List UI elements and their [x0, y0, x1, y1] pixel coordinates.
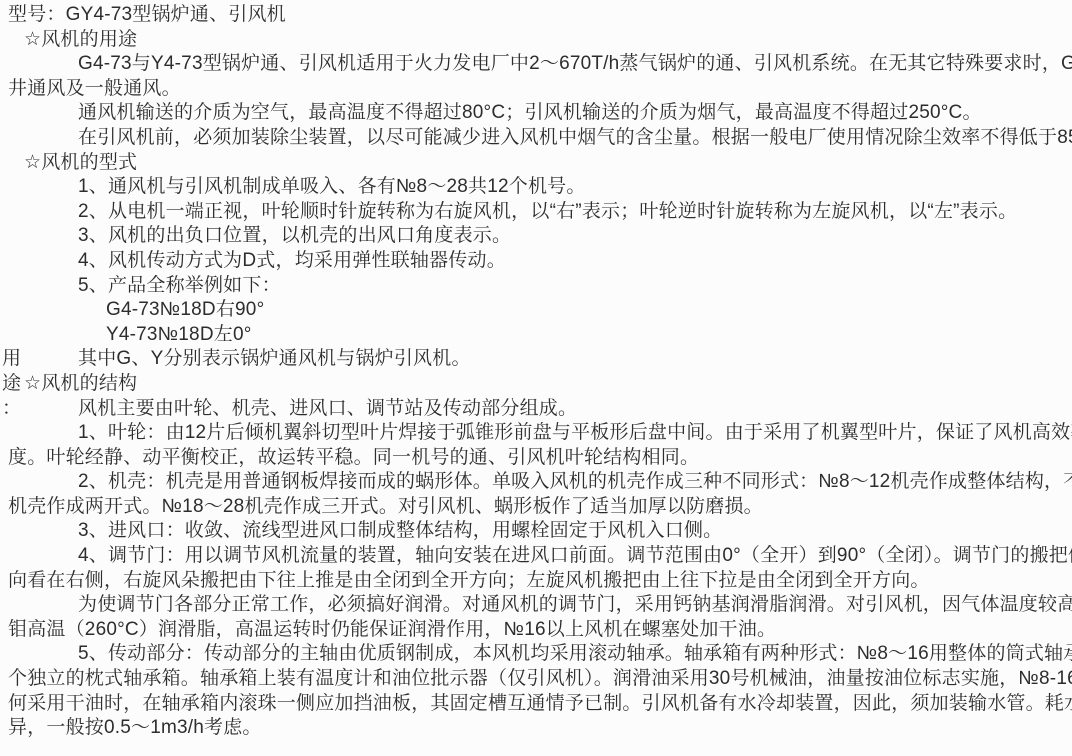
- product-example-line: G4-73№18D右90°: [0, 298, 1072, 323]
- list-item: 3、风机的出负口位置，以机壳的出风口角度表示。: [0, 224, 1072, 249]
- text-line: 钼高温（260°C）润滑脂，高温运转时仍能保证润滑作用，№16以上风机在螺塞处加…: [0, 618, 1072, 643]
- text-line: 向看在右侧，右旋风朵搬把由下往上推是由全闭到全开方向；左旋风机搬把由上往下拉是由…: [0, 569, 1072, 594]
- line-text: 其中G、Y分别表示锅炉通风机与锅炉引风机。: [78, 348, 471, 369]
- line-text: 风机主要由叶轮、机壳、进风口、调节站及传动部分组成。: [78, 398, 577, 419]
- list-item: 1、通风机与引风机制成单吸入、各有№8～28共12个机号。: [0, 175, 1072, 200]
- margin-char: 用: [2, 347, 21, 372]
- text-line: 异，一般按0.5～1m3/h考虑。: [0, 716, 1072, 741]
- text-line: 用 其中G、Y分别表示锅炉通风机与锅炉引风机。: [0, 347, 1072, 372]
- text-line: 井通风及一般通风。: [0, 77, 1072, 102]
- margin-char: 途: [2, 372, 21, 397]
- margin-char: ：: [2, 397, 21, 422]
- list-item: 1、叶轮：由12片后倾机翼斜切型叶片焊接于弧锥形前盘与平板形后盘中间。由于采用了…: [0, 421, 1072, 446]
- list-item: 2、从电机一端正视，叶轮顺时针旋转称为右旋风机，以“右”表示；叶轮逆时针旋转称为…: [0, 200, 1072, 225]
- section-heading-type: ☆风机的型式: [0, 151, 1072, 176]
- list-item: 2、机壳：机壳是用普通钢板焊接而成的蜗形体。单吸入风机的机壳作成三种不同形式：№…: [0, 470, 1072, 495]
- list-item: 4、风机传动方式为D式，均采用弹性联轴器传动。: [0, 249, 1072, 274]
- section-heading-structure: 途 ☆风机的结构: [0, 372, 1072, 397]
- text-line: 机壳作成两开式。№18～28机壳作成三开式。对引风机、蜗形板作了适当加厚以防磨损…: [0, 495, 1072, 520]
- text-line: G4-73与Y4-73型锅炉通、引风机适用于火力发电厂中2～670T/h蒸气锅炉…: [0, 52, 1072, 77]
- text-line: 为使调节门各部分正常工作，必须搞好润滑。对通风机的调节门，采用钙钠基润滑脂润滑。…: [0, 593, 1072, 618]
- document-page: 型号：GY4-73型锅炉通、引风机 ☆风机的用途 G4-73与Y4-73型锅炉通…: [0, 0, 1072, 756]
- text-line: 何采用干油时，在轴承箱内滚珠一侧应加挡油板，其固定槽互通情予已制。引风机备有水冷…: [0, 692, 1072, 717]
- text-line: 度。叶轮经静、动平衡校正，故运转平稳。同一机号的通、引风机叶轮结构相同。: [0, 446, 1072, 471]
- text-line: 在引风机前，必须加装除尘装置，以尽可能减少进入风机中烟气的含尘量。根据一般电厂使…: [0, 126, 1072, 151]
- list-item: 3、进风口：收敛、流线型进风口制成整体结构，用螺栓固定于风机入口侧。: [0, 519, 1072, 544]
- text-line: ： 风机主要由叶轮、机壳、进风口、调节站及传动部分组成。: [0, 397, 1072, 422]
- list-item: 4、调节门：用以调节风机流量的装置，轴向安装在进风口前面。调节范围由0°（全开）…: [0, 544, 1072, 569]
- model-title-line: 型号：GY4-73型锅炉通、引风机: [0, 3, 1072, 28]
- text-line: 个独立的枕式轴承箱。轴承箱上装有温度计和油位批示器（仅引风机）。润滑油采用30号…: [0, 667, 1072, 692]
- line-text: ☆风机的结构: [24, 373, 137, 394]
- product-example-line: Y4-73№18D左0°: [0, 323, 1072, 348]
- section-heading-usage: ☆风机的用途: [0, 28, 1072, 53]
- list-item: 5、产品全称举例如下：: [0, 274, 1072, 299]
- text-line: 通风机输送的介质为空气，最高温度不得超过80°C；引风机输送的介质为烟气，最高温…: [0, 101, 1072, 126]
- list-item: 5、传动部分：传动部分的主轴由优质钢制成，本风机均采用滚动轴承。轴承箱有两种形式…: [0, 642, 1072, 667]
